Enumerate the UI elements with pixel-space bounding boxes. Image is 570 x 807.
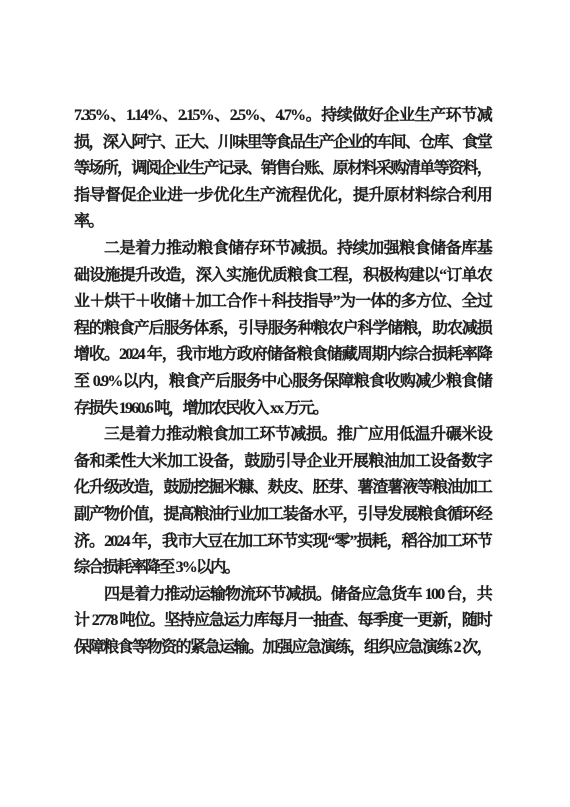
paragraph-production-link-reduction: 7.35%、1.14%、2.15%、2.5%、4.7%。持续做好企业生产环节减损… [74, 103, 491, 236]
text-line: 础设施提升改造，深入实施优质粮食工程，积极构建以“订单农 [74, 263, 491, 290]
text-line: 保障粮食等物资的紧急运输。加强应急演练，组织应急演练 2 次， [74, 635, 491, 662]
text-line: 四是着力推动运输物流环节减损。储备应急货车 100 台，共 [74, 582, 491, 609]
text-line: 化升级改造，鼓励挖掘米糠、麸皮、胚芽、薯渣薯液等粮油加工 [74, 475, 491, 502]
text-line: 存损失 1960.6 吨，增加农民收入 xx 万元。 [74, 396, 491, 423]
paragraph-logistics-link-reduction: 四是着力推动运输物流环节减损。储备应急货车 100 台，共计 2778 吨位。坚… [74, 582, 491, 662]
text-line: 程的粮食产后服务体系，引导服务种粮农户科学储粮，助农减损 [74, 316, 491, 343]
text-line: 增收。2024 年，我市地方政府储备粮食储藏周期内综合损耗率降 [74, 342, 491, 369]
text-line: 率。 [74, 209, 491, 236]
document-body: 7.35%、1.14%、2.15%、2.5%、4.7%。持续做好企业生产环节减损… [74, 103, 491, 661]
paragraph-processing-link-reduction: 三是着力推动粮食加工环节减损。推广应用低温升碾米设备和柔性大米加工设备，鼓励引导… [74, 422, 491, 582]
document-page: 7.35%、1.14%、2.15%、2.5%、4.7%。持续做好企业生产环节减损… [0, 0, 570, 807]
text-line: 损，深入阿宁、正大、川味里等食品生产企业的车间、仓库、食堂 [74, 130, 491, 157]
text-line: 三是着力推动粮食加工环节减损。推广应用低温升碾米设 [74, 422, 491, 449]
paragraph-storage-link-reduction: 二是着力推动粮食储存环节减损。持续加强粮食储备库基础设施提升改造，深入实施优质粮… [74, 236, 491, 422]
text-line: 副产物价值，提高粮油行业加工装备水平，引导发展粮食循环经 [74, 502, 491, 529]
text-line: 备和柔性大米加工设备，鼓励引导企业开展粮油加工设备数字 [74, 449, 491, 476]
text-line: 综合损耗率降至 3%以内。 [74, 555, 491, 582]
text-line: 7.35%、1.14%、2.15%、2.5%、4.7%。持续做好企业生产环节减 [74, 103, 491, 130]
text-line: 济。2024 年，我市大豆在加工环节实现“零”损耗，稻谷加工环节 [74, 529, 491, 556]
text-line: 二是着力推动粮食储存环节减损。持续加强粮食储备库基 [74, 236, 491, 263]
text-line: 指导督促企业进一步优化生产流程优化，提升原材料综合利用 [74, 183, 491, 210]
text-line: 等场所，调阅企业生产记录、销售台账、原材料采购清单等资料， [74, 156, 491, 183]
text-line: 业＋烘干＋收储＋加工合作＋科技指导”为一体的多方位、全过 [74, 289, 491, 316]
text-line: 计 2778 吨位。坚持应急运力库每月一抽查、每季度一更新，随时 [74, 608, 491, 635]
text-line: 至 0.9%以内，粮食产后服务中心服务保障粮食收购减少粮食储 [74, 369, 491, 396]
